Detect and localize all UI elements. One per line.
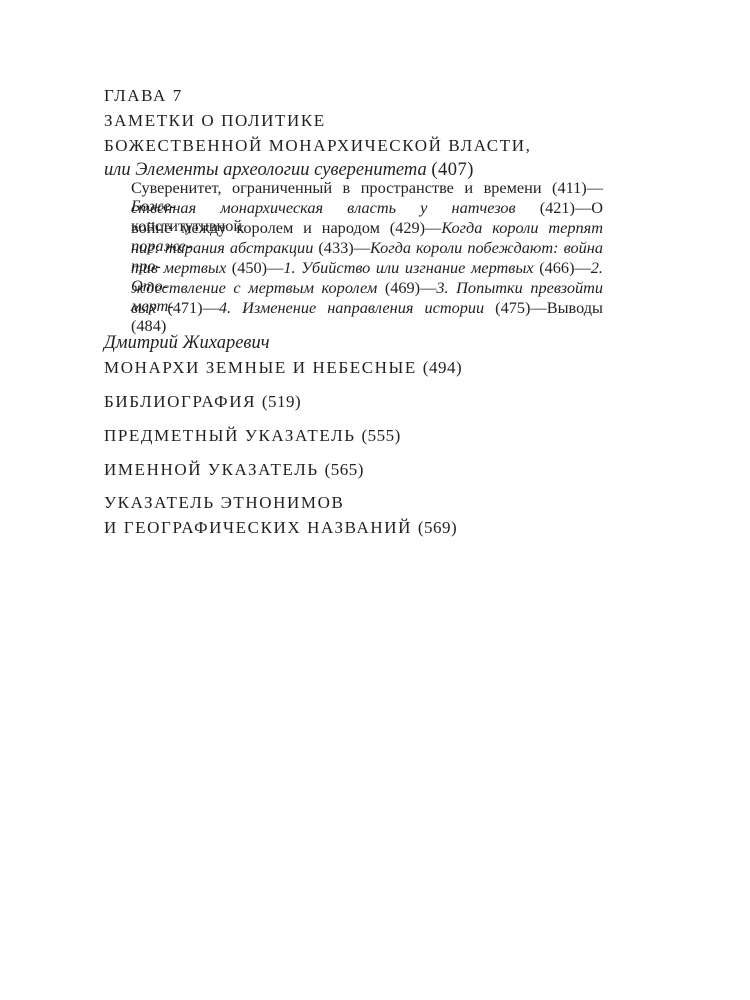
section-page: (555)	[361, 426, 400, 445]
section-page: (519)	[262, 392, 301, 411]
summary-italic-text: 4. Изменение направления истории	[219, 298, 495, 317]
section-title: БИБЛИОГРАФИЯ	[104, 392, 256, 411]
summary-text: (450)—	[232, 258, 284, 277]
afterword-page: (494)	[423, 358, 462, 377]
toc-page: ГЛАВА 7 ЗАМЕТКИ О ПОЛИТИКЕ БОЖЕСТВЕННОЙ …	[0, 0, 750, 1000]
section-title: ИМЕННОЙ УКАЗАТЕЛЬ	[104, 460, 319, 479]
chapter-subtitle-page: (407)	[431, 160, 474, 180]
afterword-author: Дмитрий Жихаревич	[104, 333, 270, 353]
summary-text: Суверенитет, ограниченный в пространстве…	[131, 178, 603, 197]
afterword-title: МОНАРХИ ЗЕМНЫЕ И НЕБЕСНЫЕ (494)	[104, 358, 462, 378]
chapter-title-line-2: БОЖЕСТВЕННОЙ МОНАРХИЧЕСКОЙ ВЛАСТИ,	[104, 136, 531, 156]
summary-italic-text: ственная монархическая власть у натчезов	[131, 198, 540, 217]
summary-italic-text: вых	[131, 298, 167, 317]
chapter-subtitle: или Элементы археологии суверенитета (40…	[104, 160, 474, 180]
chapter-subtitle-text: или Элементы археологии суверенитета	[104, 160, 427, 180]
summary-text: (469)—	[385, 278, 437, 297]
summary-text: (466)—	[539, 258, 591, 277]
section-title: ПРЕДМЕТНЫЙ УКАЗАТЕЛЬ	[104, 426, 356, 445]
chapter-label: ГЛАВА 7	[104, 86, 183, 106]
ethnonym-index-title-text: И ГЕОГРАФИЧЕСКИХ НАЗВАНИЙ	[104, 518, 412, 537]
summary-text: (433)—	[318, 238, 370, 257]
summary-italic-text: ние: тирания абстракции	[131, 238, 318, 257]
summary-text: войне между королем и народом (429)—	[131, 218, 441, 237]
ethnonym-index-title-line-1: УКАЗАТЕЛЬ ЭТНОНИМОВ	[104, 493, 344, 513]
summary-italic-text: тив мертвых	[131, 258, 232, 277]
section-name-index: ИМЕННОЙ УКАЗАТЕЛЬ (565)	[104, 460, 364, 480]
summary-text: (471)—	[167, 298, 219, 317]
summary-line: вых (471)—4. Изменение направления истор…	[131, 299, 603, 335]
section-subject-index: ПРЕДМЕТНЫЙ УКАЗАТЕЛЬ (555)	[104, 426, 401, 446]
chapter-title-line-1: ЗАМЕТКИ О ПОЛИТИКЕ	[104, 111, 326, 131]
ethnonym-index-title-line-2: И ГЕОГРАФИЧЕСКИХ НАЗВАНИЙ (569)	[104, 518, 457, 538]
summary-italic-text: ждествление с мертвым королем	[131, 278, 385, 297]
afterword-title-text: МОНАРХИ ЗЕМНЫЕ И НЕБЕСНЫЕ	[104, 358, 417, 377]
summary-italic-text: 1. Убийство или изгнание мертвых	[283, 258, 539, 277]
section-bibliography: БИБЛИОГРАФИЯ (519)	[104, 392, 301, 412]
section-page: (565)	[325, 460, 364, 479]
ethnonym-index-page: (569)	[418, 518, 457, 537]
